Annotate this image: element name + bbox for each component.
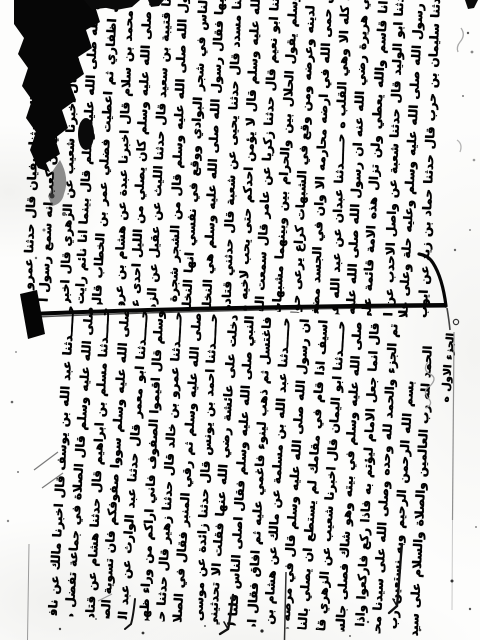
right-margin-rule-faint <box>452 520 453 610</box>
manuscript-scan-page: حدثنا علي بن عبد الله قال حدثنا سفيان قا… <box>0 0 480 640</box>
upper-page-text-block: حدثنا علي بن عبد الله قال حدثنا سفيان قا… <box>18 0 462 319</box>
left-margin-rule-faint <box>28 544 30 640</box>
lower-page-text-block: حـــــدثنا عبد الله بن يوسف قال اخبرنا م… <box>44 305 457 637</box>
section-circle-mark <box>453 319 458 324</box>
